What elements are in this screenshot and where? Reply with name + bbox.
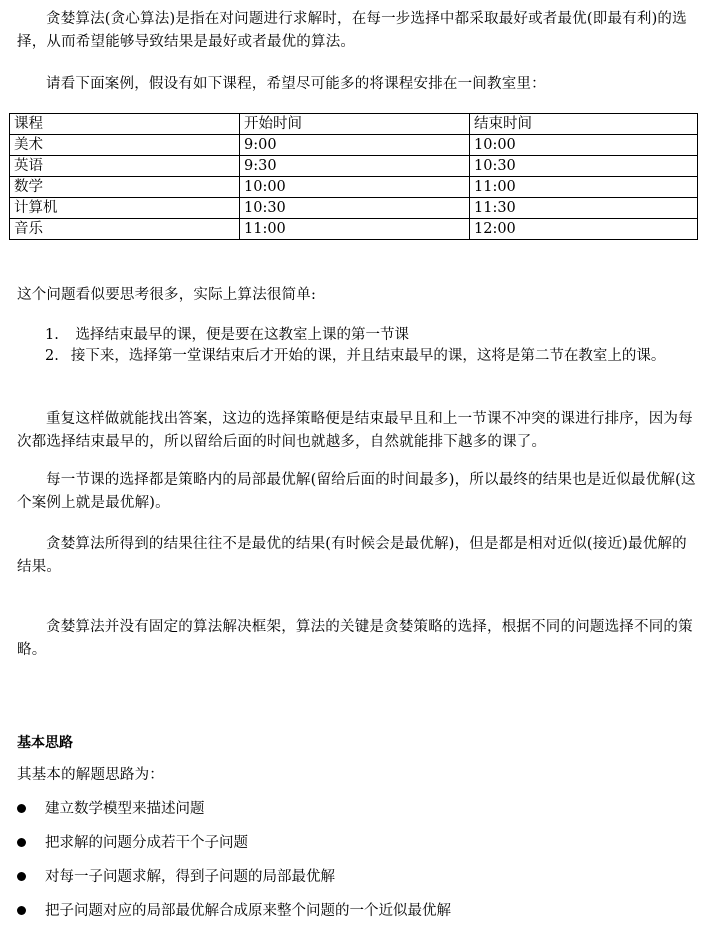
list-number: 2. — [45, 348, 59, 364]
intro-paragraph: 贪婪算法(贪心算法)是指在对问题进行求解时，在每一步选择中都采取最好或者最优(即… — [17, 8, 697, 54]
local-optimum-paragraph: 每一节课的选择都是策略内的局部最优解(留给后面的时间最多)，所以最终的结果也是近… — [17, 469, 697, 515]
ordered-list-item: 2.接下来，选择第一堂课结束后才开始的课，并且结束最早的课，这将是第二节在教室上… — [17, 345, 697, 368]
section-heading: 基本思路 — [17, 732, 73, 752]
bullet-text: 对每一子问题求解，得到子问题的局部最优解 — [45, 869, 335, 885]
header-end-time: 结束时间 — [470, 114, 698, 135]
bullet-icon — [17, 872, 26, 881]
list-text: 接下来，选择第一堂课结束后才开始的课，并且结束最早的课，这将是第二节在教室上的课… — [59, 348, 666, 364]
bullet-text: 建立数学模型来描述问题 — [45, 801, 205, 817]
cell-course: 数学 — [10, 177, 240, 198]
bullet-text: 把求解的问题分成若干个子问题 — [45, 835, 248, 851]
table-header-row: 课程 开始时间 结束时间 — [10, 114, 698, 135]
cell-start: 10:00 — [240, 177, 470, 198]
header-course: 课程 — [10, 114, 240, 135]
document-page: 贪婪算法(贪心算法)是指在对问题进行求解时，在每一步选择中都采取最好或者最优(即… — [0, 0, 717, 938]
bullet-text: 把子问题对应的局部最优解合成原来整个问题的一个近似最优解 — [45, 903, 451, 919]
cell-course: 音乐 — [10, 219, 240, 240]
cell-start: 9:30 — [240, 156, 470, 177]
table-row: 音乐 11:00 12:00 — [10, 219, 698, 240]
cell-course: 计算机 — [10, 198, 240, 219]
course-table: 课程 开始时间 结束时间 美术 9:00 10:00 英语 9:30 10:30… — [9, 113, 698, 240]
case-intro-paragraph: 请看下面案例，假设有如下课程，希望尽可能多的将课程安排在一间教室里： — [17, 73, 697, 96]
cell-end: 11:00 — [470, 177, 698, 198]
bullet-item: 对每一子问题求解，得到子问题的局部最优解 — [17, 866, 335, 889]
cell-start: 9:00 — [240, 135, 470, 156]
header-start-time: 开始时间 — [240, 114, 470, 135]
table-row: 美术 9:00 10:00 — [10, 135, 698, 156]
simple-algorithm-paragraph: 这个问题看似要思考很多，实际上算法很简单: — [17, 284, 697, 307]
cell-end: 10:30 — [470, 156, 698, 177]
cell-start: 10:30 — [240, 198, 470, 219]
bullet-item: 把求解的问题分成若干个子问题 — [17, 832, 248, 855]
cell-course: 美术 — [10, 135, 240, 156]
list-number: 1. — [17, 327, 59, 343]
section-lead: 其基本的解题思路为： — [17, 764, 697, 787]
table-row: 数学 10:00 11:00 — [10, 177, 698, 198]
bullet-icon — [17, 804, 26, 813]
cell-start: 11:00 — [240, 219, 470, 240]
approximation-paragraph: 贪婪算法所得到的结果往往不是最优的结果(有时候会是最优解)，但是都是相对近似(接… — [17, 533, 697, 579]
bullet-icon — [17, 906, 26, 915]
table-row: 英语 9:30 10:30 — [10, 156, 698, 177]
table-row: 计算机 10:30 11:30 — [10, 198, 698, 219]
cell-course: 英语 — [10, 156, 240, 177]
bullet-item: 建立数学模型来描述问题 — [17, 798, 205, 821]
list-text: 选择结束最早的课，便是要在这教室上课的第一节课 — [63, 327, 409, 343]
strategy-paragraph: 重复这样做就能找出答案，这边的选择策略便是结束最早且和上一节课不冲突的课进行排序… — [17, 408, 697, 454]
ordered-list-item: 1. 选择结束最早的课，便是要在这教室上课的第一节课 — [17, 324, 697, 347]
bullet-icon — [17, 838, 26, 847]
cell-end: 12:00 — [470, 219, 698, 240]
framework-paragraph: 贪婪算法并没有固定的算法解决框架，算法的关键是贪婪策略的选择，根据不同的问题选择… — [17, 616, 697, 662]
bullet-item: 把子问题对应的局部最优解合成原来整个问题的一个近似最优解 — [17, 900, 451, 923]
cell-end: 11:30 — [470, 198, 698, 219]
cell-end: 10:00 — [470, 135, 698, 156]
